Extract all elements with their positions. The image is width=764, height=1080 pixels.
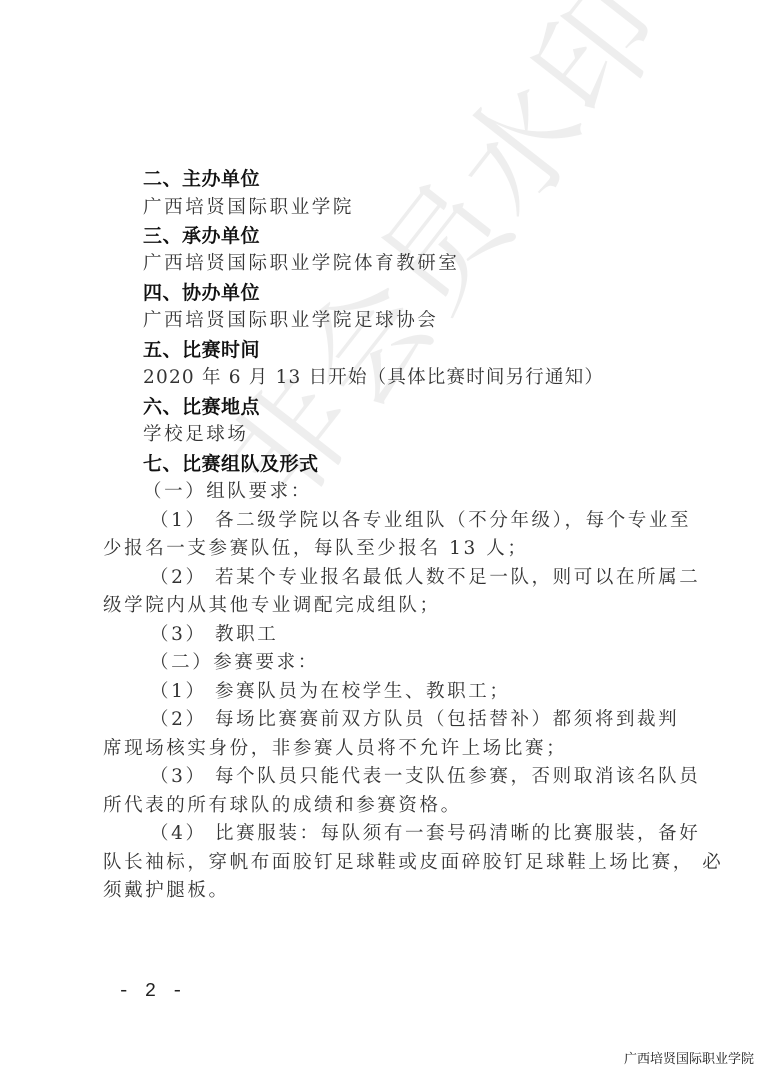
list-item: （2） 若某个专业报名最低人数不足一队，则可以在所属二 [150,564,700,592]
section-body: 2020 年 6 月 13 日开始（具体比赛时间另行通知） [143,364,604,392]
section-body: 广西培贤国际职业学院足球协会 [143,307,438,335]
list-item-cont: 少报名一支参赛队伍，每队至少报名 13 人； [103,535,529,563]
subsection-title: （二）参赛要求： [150,649,319,677]
section-heading: 六、比赛地点 [143,393,260,421]
section-body: 广西培贤国际职业学院 [143,194,354,222]
list-item-cont: 队长袖标，穿帆布面胶钉足球鞋或皮面碎胶钉足球鞋上场比赛， 必 [103,849,723,877]
section-heading: 四、协办单位 [143,279,260,307]
section-heading: 七、比赛组队及形式 [143,450,319,478]
list-item: （1） 各二级学院以各专业组队（不分年级），每个专业至 [150,507,691,535]
list-item-cont: 须戴护腿板。 [103,877,230,905]
list-item: （3） 每个队员只能代表一支队伍参赛，否则取消该名队员 [150,763,700,791]
section-heading: 二、主办单位 [143,165,260,193]
list-item: （2） 每场比赛赛前双方队员（包括替补）都须将到裁判 [150,706,679,734]
page-number: - 2 - [118,980,185,1002]
section-heading: 三、承办单位 [143,222,260,250]
list-item: （3） 教职工 [150,621,278,649]
document-page: 非会员水印 二、主办单位 广西培贤国际职业学院 三、承办单位 广西培贤国际职业学… [0,0,764,1080]
list-item-cont: 所代表的所有球队的成绩和参赛资格。 [103,792,462,820]
section-body: 学校足球场 [143,421,249,449]
list-item: （1） 参赛队员为在校学生、教职工； [150,678,510,706]
footer-organization: 广西培贤国际职业学院 [624,1048,754,1067]
section-heading: 五、比赛时间 [143,336,260,364]
subsection-title: （一）组队要求： [143,478,312,506]
list-item: （4） 比赛服装：每队须有一套号码清晰的比赛服装，备好 [150,820,700,848]
section-body: 广西培贤国际职业学院体育教研室 [143,250,460,278]
list-item-cont: 级学院内从其他专业调配完成组队； [103,592,441,620]
list-item-cont: 席现场核实身份，非参赛人员将不允许上场比赛； [103,735,567,763]
